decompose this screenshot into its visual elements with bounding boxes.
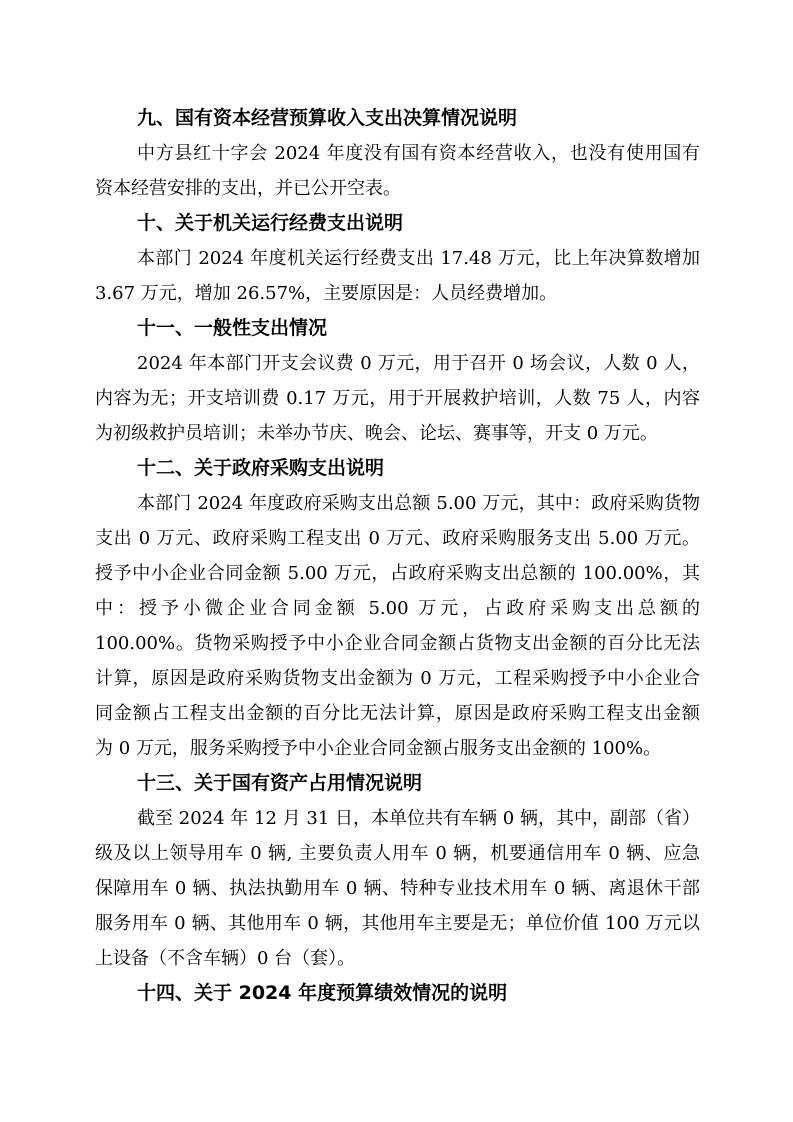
paragraph-line: 授予中小企业合同金额 5.00 万元，占政府采购支出总额的 100.00%，其 [95, 556, 700, 591]
paragraph-line: 2024 年本部门开支会议费 0 万元，用于召开 0 场会议，人数 0 人， [95, 346, 700, 381]
section-heading-10: 十、关于机关运行经费支出说明 [95, 206, 700, 241]
section-heading-11: 十一、一般性支出情况 [95, 311, 700, 346]
paragraph-line: 支出 0 万元、政府采购工程支出 0 万元、政府采购服务支出 5.00 万元。 [95, 521, 700, 556]
paragraph-line: 上设备（不含车辆）0 台（套）。 [95, 941, 700, 976]
section-heading-13: 十三、关于国有资产占用情况说明 [95, 766, 700, 801]
paragraph-line: 本部门 2024 年度机关运行经费支出 17.48 万元，比上年决算数增加 [95, 241, 700, 276]
paragraph-line: 级及以上领导用车 0 辆, 主要负责人用车 0 辆，机要通信用车 0 辆、应急 [95, 836, 700, 871]
document-page: 九、国有资本经营预算收入支出决算情况说明中方县红十字会 2024 年度没有国有资… [0, 0, 793, 1122]
paragraph-line: 100.00%。货物采购授予中小企业合同金额占货物支出金额的百分比无法 [95, 626, 700, 661]
paragraph-line: 保障用车 0 辆、执法执勤用车 0 辆、特种专业技术用车 0 辆、离退休干部 [95, 871, 700, 906]
paragraph-line: 中：授予小微企业合同金额 5.00 万元，占政府采购支出总额的 [95, 591, 700, 626]
section-heading-12: 十二、关于政府采购支出说明 [95, 451, 700, 486]
paragraph-line: 3.67 万元，增加 26.57%，主要原因是：人员经费增加。 [95, 276, 700, 311]
paragraph-line: 资本经营安排的支出，并已公开空表。 [95, 171, 700, 206]
section-heading-14: 十四、关于 2024 年度预算绩效情况的说明 [95, 976, 700, 1011]
paragraph-line: 服务用车 0 辆、其他用车 0 辆，其他用车主要是无；单位价值 100 万元以 [95, 906, 700, 941]
document-text-block: 九、国有资本经营预算收入支出决算情况说明中方县红十字会 2024 年度没有国有资… [95, 101, 700, 1011]
paragraph-line: 截至 2024 年 12 月 31 日，本单位共有车辆 0 辆，其中，副部（省） [95, 801, 700, 836]
paragraph-line: 同金额占工程支出金额的百分比无法计算，原因是政府采购工程支出金额 [95, 696, 700, 731]
section-heading-9: 九、国有资本经营预算收入支出决算情况说明 [95, 101, 700, 136]
paragraph-line: 为 0 万元，服务采购授予中小企业合同金额占服务支出金额的 100%。 [95, 731, 700, 766]
paragraph-line: 本部门 2024 年度政府采购支出总额 5.00 万元，其中：政府采购货物 [95, 486, 700, 521]
paragraph-line: 中方县红十字会 2024 年度没有国有资本经营收入，也没有使用国有 [95, 136, 700, 171]
paragraph-line: 内容为无；开支培训费 0.17 万元，用于开展救护培训，人数 75 人，内容 [95, 381, 700, 416]
paragraph-line: 为初级救护员培训；未举办节庆、晚会、论坛、赛事等，开支 0 万元。 [95, 416, 700, 451]
paragraph-line: 计算，原因是政府采购货物支出金额为 0 万元，工程采购授予中小企业合 [95, 661, 700, 696]
